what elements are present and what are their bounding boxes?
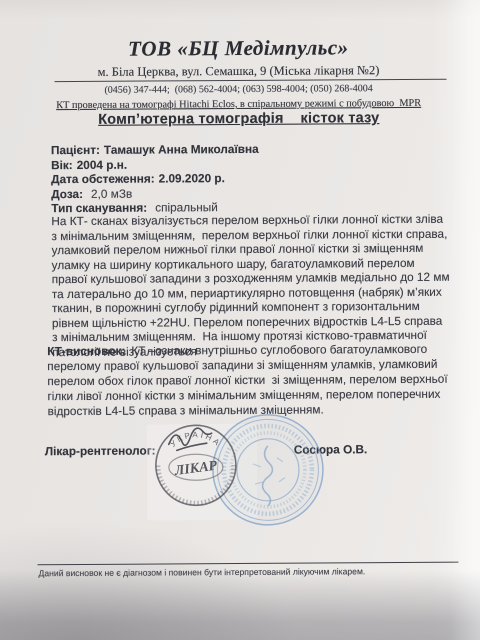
scanned-document-photo: ТОВ «БЦ Медімпульс» м. Біла Церква, вул.…: [0, 0, 480, 640]
dose-value: 2,0 мЗв: [91, 186, 132, 200]
stamps-area: УКРАЇНА ЛІКАР: [137, 403, 328, 546]
exam-date-value: 2.09.2020 р.: [159, 171, 225, 185]
patient-name-value: Тамашук Анна Миколаївна: [104, 142, 259, 157]
report-title: Комп’ютерна томографія кісток тазу: [0, 110, 479, 129]
clinic-address: м. Біла Церква, вул. Семашка, 9 (Міська …: [0, 63, 479, 81]
dose-label: Доза:: [51, 186, 83, 200]
conclusion-label: КТ-висновок:: [47, 344, 125, 358]
patient-name-label: Пацієнт:: [51, 143, 100, 157]
doctor-stamp-country-text: УКРАЇНА: [168, 430, 223, 449]
patient-age-value: 2004 р.н.: [77, 157, 128, 171]
paper-sheet: ТОВ «БЦ Медімпульс» м. Біла Церква, вул.…: [0, 0, 480, 640]
clinic-round-stamp-blue: [213, 414, 324, 525]
patient-info-block: Пацієнт:Тамашук Анна Миколаївна Вік:2004…: [51, 141, 451, 216]
exam-date-label: Дата обстеження:: [51, 172, 155, 187]
clinic-name: ТОВ «БЦ Медімпульс»: [0, 35, 478, 63]
doctor-stamp-center-text: ЛІКАР: [173, 459, 218, 479]
clinic-phones: (0456) 347-444; (068) 562-4004; (063) 59…: [0, 83, 479, 97]
findings-paragraph: На КТ- сканах візуалізується перелом вер…: [51, 212, 450, 360]
patient-age-label: Вік:: [51, 158, 73, 172]
disclaimer-text: Даний висновок не є діагнозом і повинен …: [39, 566, 366, 578]
footer-divider-line: [37, 562, 458, 566]
svg-text:УКРАЇНА: УКРАЇНА: [168, 430, 223, 449]
